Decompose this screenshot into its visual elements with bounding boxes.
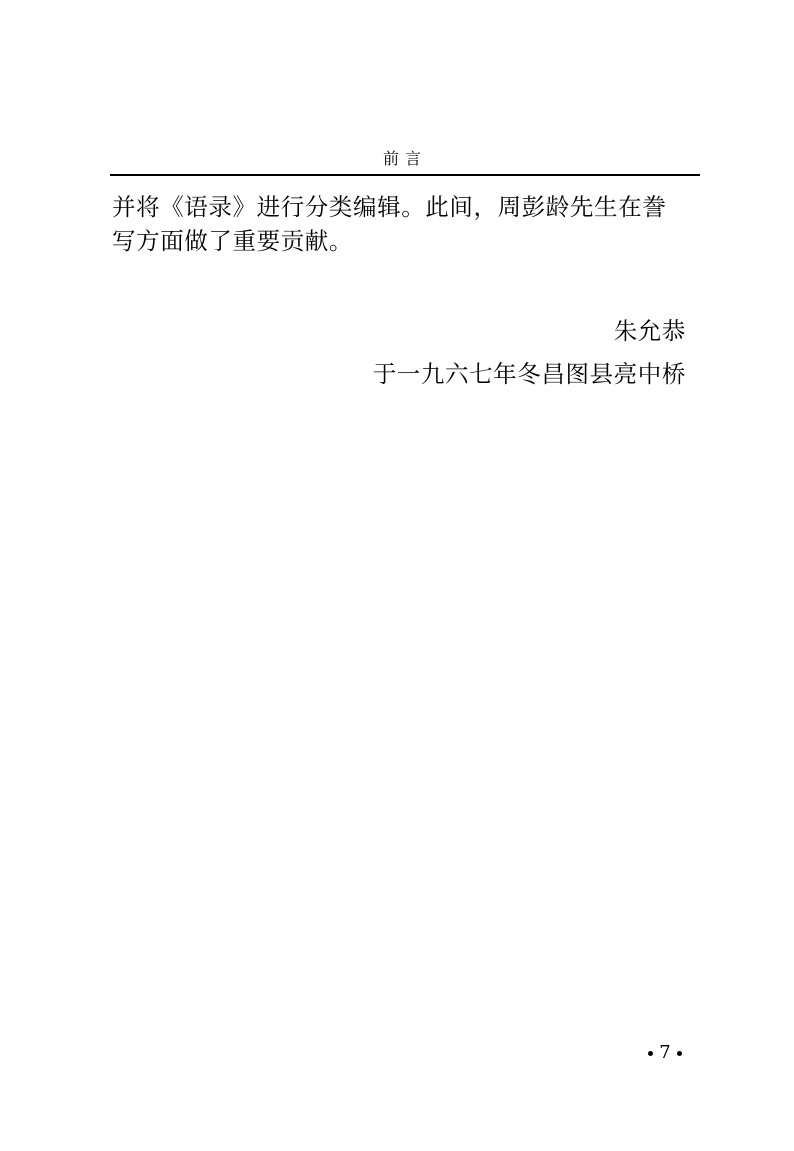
bullet-icon	[677, 1051, 682, 1056]
paragraph: 并将《语录》进行分类编辑。此间，周彭龄先生在誊写方面做了重要贡献。	[112, 190, 688, 258]
place-date-line: 于一九六七年冬昌图县亮中桥	[373, 355, 686, 389]
author-signature: 朱允恭	[614, 312, 686, 346]
header-rule	[110, 174, 700, 176]
bullet-icon	[648, 1051, 653, 1056]
body-text: 并将《语录》进行分类编辑。此间，周彭龄先生在誊写方面做了重要贡献。	[112, 190, 688, 258]
page-number-value: 7	[659, 1042, 670, 1063]
page-number: 7	[640, 1042, 690, 1063]
running-head: 前言	[110, 146, 700, 169]
